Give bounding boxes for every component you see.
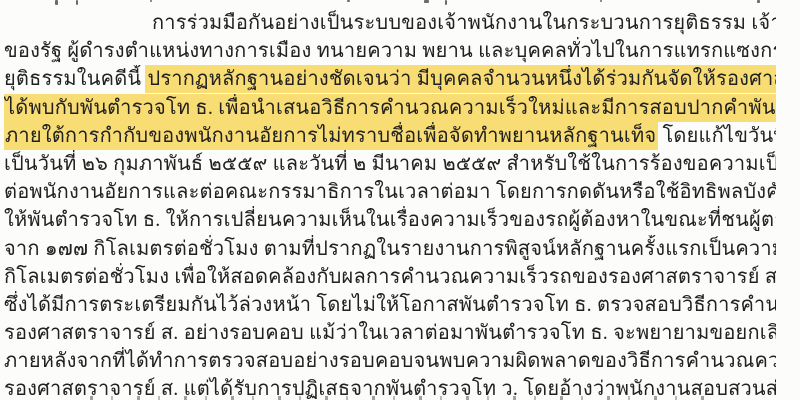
text-line: ต่อพนักงานอัยการและต่อคณะกรรมาธิการในเวล… xyxy=(4,178,776,206)
text-line: ซึ่งได้มีการตระเตรียมกันไว้ล่วงหน้า โดยไ… xyxy=(4,291,776,319)
text-segment: เป็นวันที่ ๒๖ กุมภาพันธ์ ๒๕๕๙ และวันที่ … xyxy=(4,153,776,175)
text-segment: จาก ๑๗๗ กิโลเมตรต่อชั่วโมง ตามที่ปรากฏใน… xyxy=(4,238,776,260)
text-segment: ของรัฐ ผู้ดำรงตำแหน่งทางการเมือง ทนายควา… xyxy=(4,40,776,62)
paragraph-text: การร่วมมือกันอย่างเป็นระบบของเจ้าพนักงาน… xyxy=(4,9,776,400)
text-segment: ยุติธรรมในคดีนี้ xyxy=(4,68,146,90)
text-line: ภายหลังจากที่ได้ทำการตรวจสอบอย่างรอบคอบจ… xyxy=(4,347,776,375)
text-segment: โดยแก้ไขวันที่สอบปากคำให้ xyxy=(657,125,776,147)
text-line: การร่วมมือกันอย่างเป็นระบบของเจ้าพนักงาน… xyxy=(4,9,776,37)
text-line: รองศาสตราจารย์ ส. อย่างรอบคอบ แม้ว่าในเว… xyxy=(4,319,776,347)
text-line: ของรัฐ ผู้ดำรงตำแหน่งทางการเมือง ทนายควา… xyxy=(4,37,776,65)
text-segment: ภายหลังจากที่ได้ทำการตรวจสอบอย่างรอบคอบจ… xyxy=(4,350,776,372)
text-line: กิโลเมตรต่อชั่วโมง เพื่อให้สอดคล้องกับผล… xyxy=(4,263,776,291)
text-segment: ต่อพนักงานอัยการและต่อคณะกรรมาธิการในเวล… xyxy=(4,181,776,203)
text-line: ให้พันตำรวจโท ธ. ให้การเปลี่ยนความเห็นใน… xyxy=(4,206,776,234)
text-line: ภายใต้การกำกับของพนักงานอัยการไม่ทราบชื่… xyxy=(4,122,776,150)
highlighted-text: ปรากฏหลักฐานอย่างชัดเจนว่า มีบุคคลจำนวนห… xyxy=(146,66,776,92)
text-line: เป็นวันที่ ๒๖ กุมภาพันธ์ ๒๕๕๙ และวันที่ … xyxy=(4,150,776,178)
highlighted-text: ได้พบกับพันตำรวจโท ธ. เพื่อนำเสนอวิธีการ… xyxy=(4,95,776,121)
text-segment: ซึ่งได้มีการตระเตรียมกันไว้ล่วงหน้า โดยไ… xyxy=(4,294,776,316)
document-page: การร่วมมือกันอย่างเป็นระบบของเจ้าพนักงาน… xyxy=(0,0,800,400)
text-line: จาก ๑๗๗ กิโลเมตรต่อชั่วโมง ตามที่ปรากฏใน… xyxy=(4,235,776,263)
text-segment: การร่วมมือกันอย่างเป็นระบบของเจ้าพนักงาน… xyxy=(152,12,776,34)
text-segment: รองศาสตราจารย์ ส. อย่างรอบคอบ แม้ว่าในเว… xyxy=(4,322,776,344)
clipped-previous-line xyxy=(0,0,800,7)
text-line: ได้พบกับพันตำรวจโท ธ. เพื่อนำเสนอวิธีการ… xyxy=(4,94,776,122)
text-line: ยุติธรรมในคดีนี้ ปรากฏหลักฐานอย่างชัดเจน… xyxy=(4,65,776,93)
text-segment: กิโลเมตรต่อชั่วโมง เพื่อให้สอดคล้องกับผล… xyxy=(4,266,776,288)
highlighted-text: ภายใต้การกำกับของพนักงานอัยการไม่ทราบชื่… xyxy=(4,123,657,149)
text-segment: ให้พันตำรวจโท ธ. ให้การเปลี่ยนความเห็นใน… xyxy=(4,209,776,231)
clipped-next-line xyxy=(90,396,710,400)
